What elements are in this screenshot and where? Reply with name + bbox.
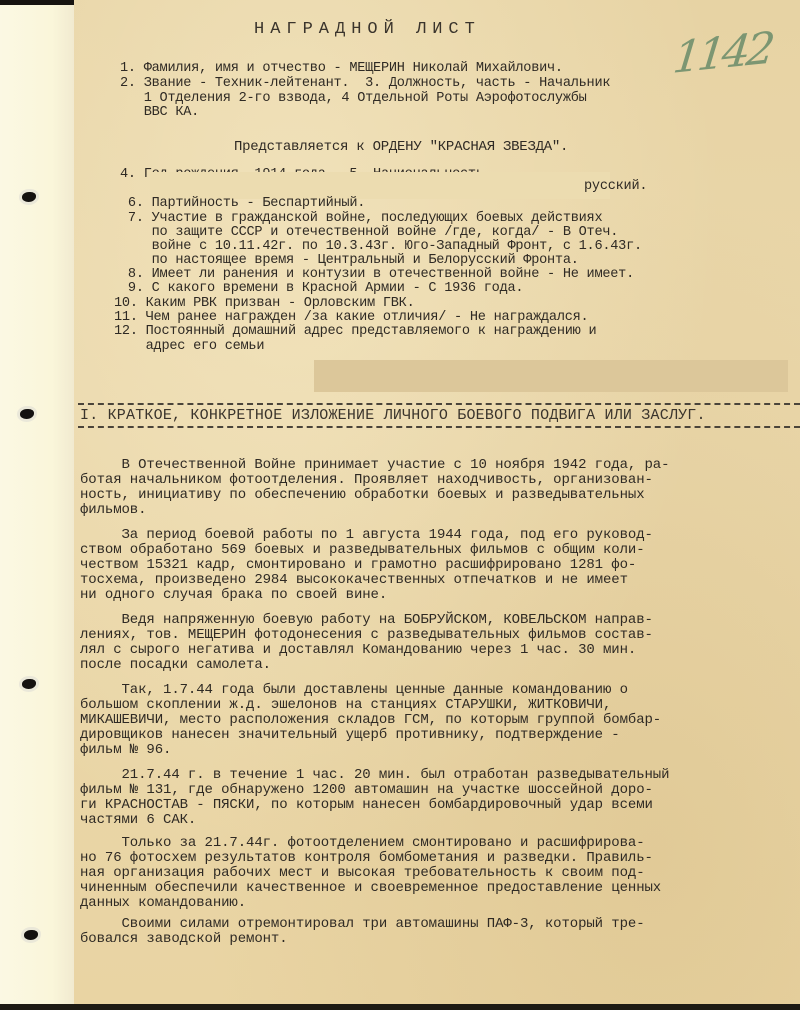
field-line: 7. Участие в гражданской войне, последую… [120,212,602,226]
narrative-line: дировщиков нанесен значительный ущерб пр… [80,728,620,742]
narrative-line: после посадки самолета. [80,658,271,672]
field-line: 11. Чем ранее награжден /за какие отличи… [114,311,588,325]
narrative-line: фильмов. [80,503,146,517]
narrative-line: МИКАШЕВИЧИ, место расположения складов Г… [80,713,661,727]
field-line: 8. Имеет ли ранения и контузии в отечест… [120,268,634,282]
handwritten-number: 1142 [670,23,773,84]
field-line: 2. Звание - Техник-лейтенант. 3. Должнос… [120,77,610,91]
narrative-line: лениях, тов. МЕЩЕРИН фотодонесения с раз… [80,628,653,642]
narrative-line: лял с сырого негатива и доставлял Команд… [80,643,636,657]
narrative-line: 21.7.44 г. в течение 1 час. 20 мин. был … [80,768,669,782]
field-line: по настоящее время - Центральный и Белор… [120,254,579,268]
field-line: по защите СССР и отечественной войне /гд… [120,226,618,240]
narrative-line: данных командованию. [80,896,246,910]
narrative-line: В Отечественной Войне принимает участие … [80,458,669,472]
narrative-line: Только за 21.7.44г. фотоотделением смонт… [80,836,645,850]
narrative-line: За период боевой работы по 1 августа 194… [80,528,653,542]
narrative-line: Ведя напряженную боевую работу на БОБРУЙ… [80,613,653,627]
narrative-line: ная организация рабочих мест и высокая т… [80,866,645,880]
narrative-line: но 76 фотосхем результатов контроля бомб… [80,851,653,865]
field-line: 10. Каким РВК призван - Орловским ГВК. [114,297,415,311]
field-line: 1. Фамилия, имя и отчество - МЕЩЕРИН Ник… [120,62,563,76]
narrative-line: ством обработано 569 боевых и разведыват… [80,543,645,557]
nomination-line: Представляется к ОРДЕНУ "КРАСНАЯ ЗВЕЗДА"… [234,140,568,154]
narrative-line: большом скоплении ж.д. эшелонов на станц… [80,698,611,712]
punch-hole [22,192,36,202]
binding-strip [0,4,74,1004]
award-sheet: НАГРАДНОЙ ЛИСТ 1142 1. Фамилия, имя и от… [74,0,800,1004]
narrative-line: ность, инициативу по обеспечению обработ… [80,488,645,502]
scan-edge [0,0,74,5]
field-line: 6. Партийность - Беспартийный. [120,197,365,211]
field-5-tail: русский. [584,180,647,194]
narrative-line: Своими силами отремонтировал три автомаш… [80,917,645,931]
field-line: 1 Отделения 2-го взвода, 4 Отдельной Рот… [120,92,587,106]
narrative-line: фильм № 131, где обнаружено 1200 автомаш… [80,783,653,797]
punch-hole [24,930,38,940]
field-line: 9. С какого времени в Красной Армии - С … [120,282,523,296]
narrative-line: ботая начальником фотоотделения. Проявля… [80,473,653,487]
redaction-box [314,360,788,392]
narrative-line: чеством 15321 кадр, смонтировано и грамо… [80,558,636,572]
document-title: НАГРАДНОЙ ЛИСТ [254,20,481,39]
narrative-line: ги КРАСНОСТАВ - ПЯСКИ, по которым нанесе… [80,798,653,812]
punch-hole [20,409,34,419]
field-line: адрес его семьи [114,340,264,354]
narrative-line: бовался заводской ремонт. [80,932,288,946]
narrative-line: фильм № 96. [80,743,171,757]
narrative-line: частями 6 САК. [80,813,196,827]
field-line: ВВС КА. [120,106,199,120]
narrative-line: чиненным обеспечили качественное и своев… [80,881,661,895]
narrative-line: тосхема, произведено 2984 высококачестве… [80,573,628,587]
section-heading: I. КРАТКОЕ, КОНКРЕТНОЕ ИЗЛОЖЕНИЕ ЛИЧНОГО… [74,398,800,430]
section-heading-text: I. КРАТКОЕ, КОНКРЕТНОЕ ИЗЛОЖЕНИЕ ЛИЧНОГО… [80,407,706,424]
redaction-box [150,172,610,199]
narrative-line: Так, 1.7.44 года были доставлены ценные … [80,683,628,697]
narrative-line: ни одного случая брака по своей вине. [80,588,387,602]
field-line: 12. Постоянный домашний адрес представля… [114,325,596,339]
field-line: войне с 10.11.42г. по 10.3.43г. Юго-Запа… [120,240,642,254]
punch-hole [22,679,36,689]
